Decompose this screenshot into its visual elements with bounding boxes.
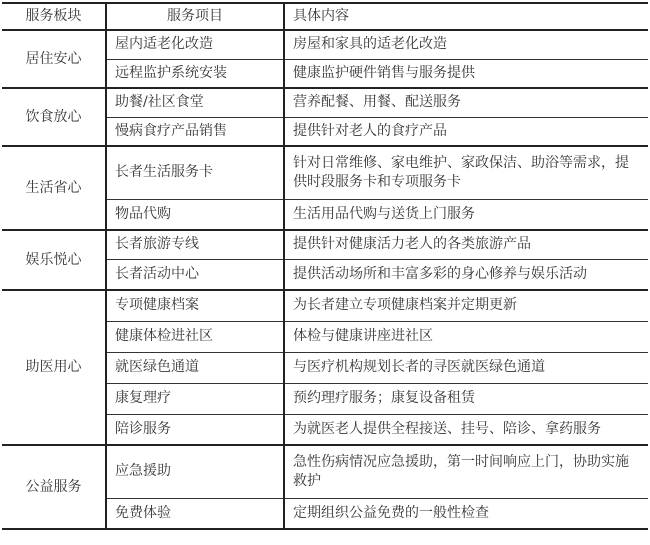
table-row: 生活省心 长者生活服务卡 针对日常维修、家电维护、家政保洁、助浴等需求，提供时段… — [2, 146, 648, 199]
table-row: 公益服务 应急援助 急性伤病情况应急援助，第一时间响应上门，协助实施救护 — [2, 445, 648, 498]
sector-cell: 娱乐悦心 — [2, 230, 106, 290]
header-row: 服务板块 服务项目 具体内容 — [2, 3, 648, 30]
sector-cell: 饮食放心 — [2, 88, 106, 146]
header-sector: 服务板块 — [2, 3, 106, 30]
content-cell: 急性伤病情况应急援助，第一时间响应上门，协助实施救护 — [284, 445, 648, 498]
item-cell: 长者旅游专线 — [106, 230, 284, 259]
content-cell: 提供针对老人的食疗产品 — [284, 117, 648, 146]
sector-cell: 生活省心 — [2, 146, 106, 230]
item-cell: 长者生活服务卡 — [106, 146, 284, 199]
services-table: 服务板块 服务项目 具体内容 居住安心 屋内适老化改造 房屋和家具的适老化改造 … — [2, 2, 648, 530]
table-row: 助医用心 专项健康档案 为长者建立专项健康档案并定期更新 — [2, 290, 648, 321]
content-cell: 营养配餐、用餐、配送服务 — [284, 88, 648, 117]
sector-cell: 公益服务 — [2, 445, 106, 529]
item-cell: 健康体检进社区 — [106, 321, 284, 352]
sector-cell: 助医用心 — [2, 290, 106, 445]
item-cell: 专项健康档案 — [106, 290, 284, 321]
content-cell: 提供活动场所和丰富多彩的身心修养与娱乐活动 — [284, 259, 648, 290]
item-cell: 就医绿色通道 — [106, 352, 284, 383]
item-cell: 应急援助 — [106, 445, 284, 498]
header-item: 服务项目 — [106, 3, 284, 30]
header-content: 具体内容 — [284, 3, 648, 30]
item-cell: 康复理疗 — [106, 383, 284, 414]
sector-cell: 居住安心 — [2, 30, 106, 88]
item-cell: 远程监护系统安装 — [106, 59, 284, 88]
table-row: 饮食放心 助餐/社区食堂 营养配餐、用餐、配送服务 — [2, 88, 648, 117]
table-row: 居住安心 屋内适老化改造 房屋和家具的适老化改造 — [2, 30, 648, 59]
content-cell: 为就医老人提供全程接送、挂号、陪诊、拿药服务 — [284, 414, 648, 445]
content-cell: 健康监护硬件销售与服务提供 — [284, 59, 648, 88]
item-cell: 长者活动中心 — [106, 259, 284, 290]
content-cell: 提供针对健康活力老人的各类旅游产品 — [284, 230, 648, 259]
content-cell: 体检与健康讲座进社区 — [284, 321, 648, 352]
content-cell: 针对日常维修、家电维护、家政保洁、助浴等需求，提供时段服务卡和专项服务卡 — [284, 146, 648, 199]
table-row: 娱乐悦心 长者旅游专线 提供针对健康活力老人的各类旅游产品 — [2, 230, 648, 259]
content-cell: 定期组织公益免费的一般性检查 — [284, 498, 648, 529]
item-cell: 慢病食疗产品销售 — [106, 117, 284, 146]
item-cell: 屋内适老化改造 — [106, 30, 284, 59]
content-cell: 预约理疗服务；康复设备租赁 — [284, 383, 648, 414]
content-cell: 房屋和家具的适老化改造 — [284, 30, 648, 59]
item-cell: 陪诊服务 — [106, 414, 284, 445]
item-cell: 物品代购 — [106, 199, 284, 230]
item-cell: 免费体验 — [106, 498, 284, 529]
content-cell: 生活用品代购与送货上门服务 — [284, 199, 648, 230]
content-cell: 为长者建立专项健康档案并定期更新 — [284, 290, 648, 321]
content-cell: 与医疗机构规划长者的寻医就医绿色通道 — [284, 352, 648, 383]
item-cell: 助餐/社区食堂 — [106, 88, 284, 117]
